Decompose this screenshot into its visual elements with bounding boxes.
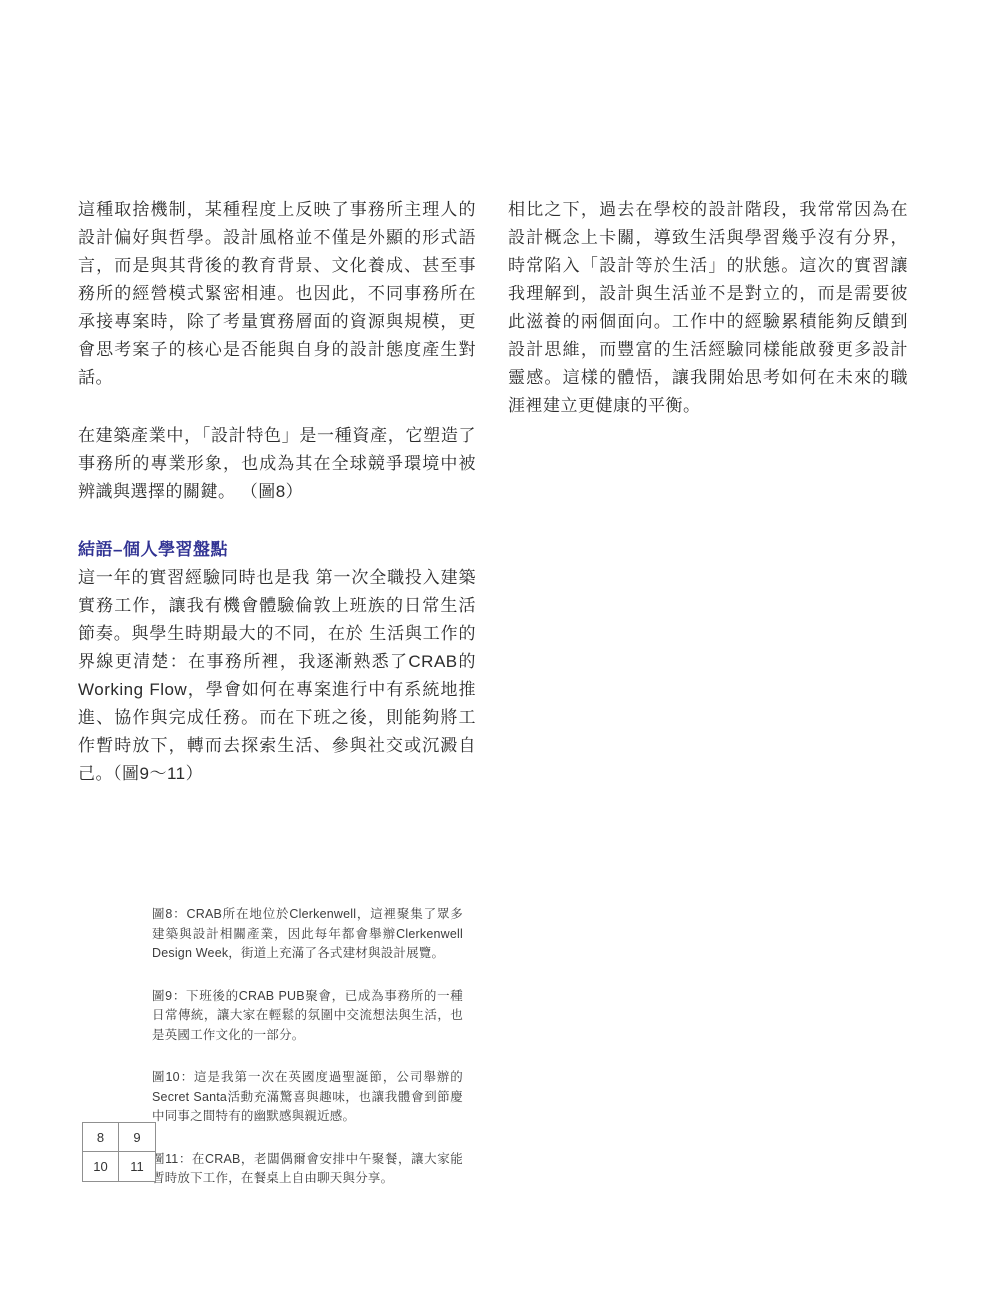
figure-index-grid: 8 9 10 11 — [82, 1122, 156, 1182]
figure-grid-cell-8: 8 — [83, 1123, 119, 1152]
left-paragraph-2: 在建築產業中，「設計特色」是一種資產，它塑造了事務所的專業形象，也成為其在全球競… — [78, 422, 476, 506]
left-paragraph-3: 這一年的實習經驗同時也是我 第一次全職投入建築實務工作，讓我有機會體驗倫敦上班族… — [78, 564, 476, 788]
figure-caption-9: 圖9：下班後的CRAB PUB聚會，已成為事務所的一種日常傳統，讓大家在輕鬆的氛… — [152, 987, 463, 1046]
figure-grid-cell-11: 11 — [119, 1152, 155, 1181]
document-page: 這種取捨機制，某種程度上反映了事務所主理人的設計偏好與哲學。設計風格並不僅是外顯… — [0, 0, 983, 1310]
figure-grid-cell-9: 9 — [119, 1123, 155, 1152]
figure-caption-8: 圖8：CRAB所在地位於Clerkenwell，這裡聚集了眾多建築與設計相關產業… — [152, 905, 463, 964]
figure-caption-10: 圖10：這是我第一次在英國度過聖誕節，公司舉辦的Secret Santa活動充滿… — [152, 1068, 463, 1127]
right-paragraph-1: 相比之下，過去在學校的設計階段，我常常因為在設計概念上卡關，導致生活與學習幾乎沒… — [508, 196, 908, 420]
figure-captions: 圖8：CRAB所在地位於Clerkenwell，這裡聚集了眾多建築與設計相關產業… — [152, 905, 463, 1212]
left-paragraph-1: 這種取捨機制，某種程度上反映了事務所主理人的設計偏好與哲學。設計風格並不僅是外顯… — [78, 196, 476, 392]
figure-grid-cell-10: 10 — [83, 1152, 119, 1181]
left-column: 這種取捨機制，某種程度上反映了事務所主理人的設計偏好與哲學。設計風格並不僅是外顯… — [78, 196, 476, 818]
right-column: 相比之下，過去在學校的設計階段，我常常因為在設計概念上卡關，導致生活與學習幾乎沒… — [508, 196, 908, 450]
section-heading-conclusion: 結語–個人學習盤點 — [78, 536, 476, 564]
figure-caption-11: 圖11：在CRAB，老闆偶爾會安排中午聚餐，讓大家能暫時放下工作，在餐桌上自由聊… — [152, 1150, 463, 1189]
